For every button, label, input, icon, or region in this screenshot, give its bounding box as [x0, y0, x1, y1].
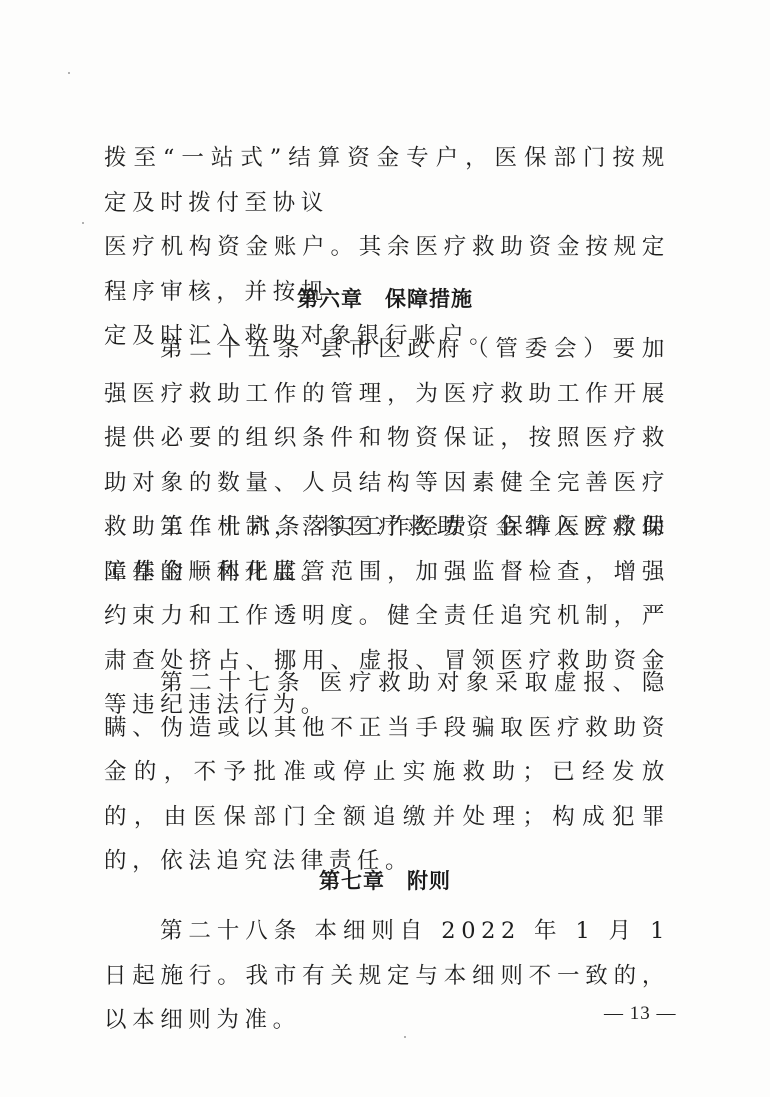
chapter-7-heading: 第七章附则 — [0, 865, 770, 895]
page-number: — 13 — — [604, 1003, 677, 1025]
document-page: 拨至“一站式”结算资金专户，医保部门按规定及时拨付至协议 医疗机构资金账户。其余… — [0, 0, 770, 1097]
article-27: 第二十七条医疗救助对象采取虚报、隐瞒、伪造或以其他不正当手段骗取医疗救助资金的，… — [104, 661, 670, 884]
scan-speck — [68, 72, 70, 74]
continuation-paragraph: 拨至“一站式”结算资金专户，医保部门按规定及时拨付至协议 医疗机构资金账户。其余… — [104, 136, 670, 359]
article-label: 第二十六条 — [160, 514, 306, 540]
text-line: 拨至“一站式”结算资金专户，医保部门按规定及时拨付至协议 — [104, 136, 670, 225]
article-label: 第二十七条 — [160, 670, 306, 696]
article-label: 第二十八条 — [160, 918, 302, 944]
chapter-number: 第六章 — [297, 287, 363, 311]
article-28: 第二十八条本细则自 2022 年 1 月 1 日起施行。我市有关规定与本细则不一… — [104, 909, 670, 1043]
article-text: 医疗救助对象采取虚报、隐瞒、伪造或以其他不正当手段骗取医疗救助资金的，不予批准或… — [104, 670, 670, 874]
chapter-6-heading: 第六章保障措施 — [0, 283, 770, 313]
chapter-title: 附则 — [407, 869, 451, 893]
chapter-number: 第七章 — [319, 869, 385, 893]
scan-speck — [82, 222, 84, 224]
article-paragraph: 第二十七条医疗救助对象采取虚报、隐瞒、伪造或以其他不正当手段骗取医疗救助资金的，… — [104, 661, 670, 884]
article-label: 第二十五条 — [160, 336, 306, 362]
article-paragraph: 第二十八条本细则自 2022 年 1 月 1 日起施行。我市有关规定与本细则不一… — [104, 909, 670, 1043]
chapter-title: 保障措施 — [385, 287, 473, 311]
